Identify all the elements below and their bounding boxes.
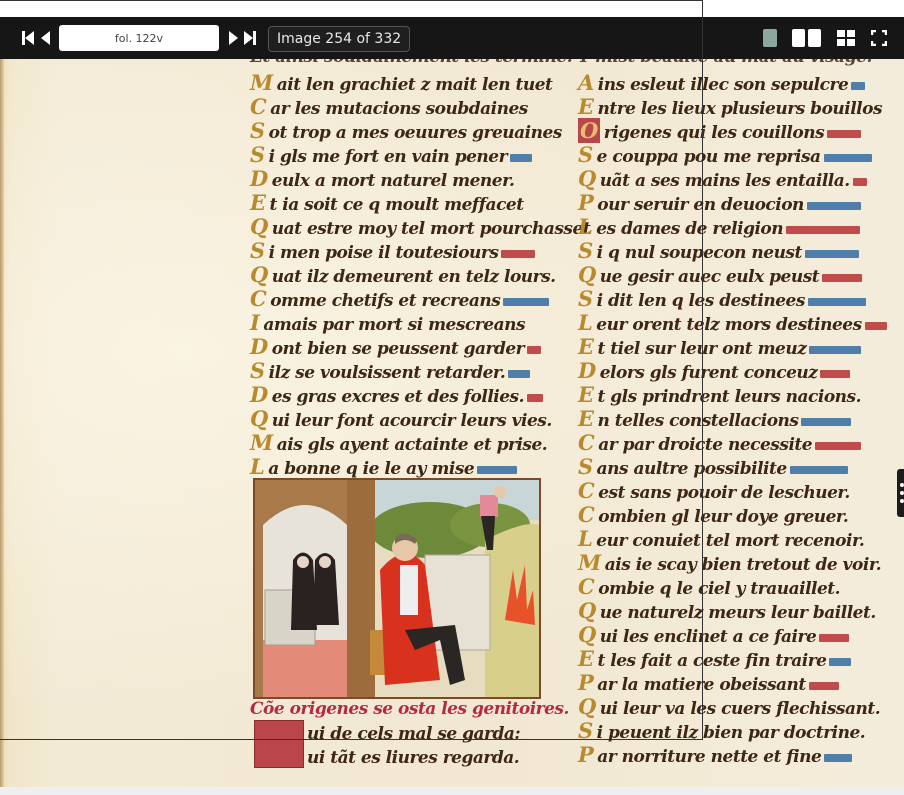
text-line: Dont bien se peussent garder: [250, 334, 541, 358]
line-filler: [510, 154, 532, 162]
text-line: Deulx a mort naturel mener.: [250, 166, 514, 190]
text-line: Sans aultre possibilite: [578, 454, 848, 478]
text-line: Mais ie scay bien tretout de voir.: [578, 550, 881, 574]
first-image-button[interactable]: [20, 17, 36, 59]
text-line: Car par droicte necessite: [578, 430, 861, 454]
text-line: Qui leur va les cuers flechissant.: [578, 694, 880, 718]
text-line: Si peuent ilz bien par doctrine.: [578, 718, 865, 742]
line-filler: [851, 82, 865, 90]
text-line: Les dames de religion: [578, 214, 860, 238]
chevron-left-icon: [41, 31, 50, 45]
text-line: Leur orent telz mors destinees: [578, 310, 887, 334]
text-line: Mais gls ayent actainte et prise.: [250, 430, 547, 454]
line-filler: [805, 250, 859, 258]
skip-first-icon: [22, 31, 34, 45]
line-filler: [501, 250, 535, 258]
text-line: Quat estre moy tel mort pourchasset: [250, 214, 590, 238]
handle-dot-icon: [900, 483, 904, 487]
last-image-button[interactable]: [242, 17, 258, 59]
text-line: Origenes qui les couillons: [578, 118, 861, 142]
two-page-view-button[interactable]: [790, 17, 824, 59]
line-filler: [808, 298, 866, 306]
line-filler: [527, 394, 543, 402]
text-line: Quãt a ses mains les entailla.: [578, 166, 867, 190]
text-line: Mait len grachiet z mait len tuet: [250, 70, 552, 94]
line-filler: [807, 202, 861, 210]
text-line: Qui les enclinet a ce faire: [578, 622, 849, 646]
footer-strip: [0, 787, 904, 795]
text-line: Si dit len q les destinees: [578, 286, 866, 310]
text-line: Et ia soit ce q moult meffacet: [250, 190, 524, 214]
single-page-icon: [763, 29, 777, 47]
text-line: Combien gl leur doye greuer.: [578, 502, 848, 526]
line-filler: [815, 442, 861, 450]
line-filler: [790, 466, 848, 474]
text-line: Des gras excres et des follies.: [250, 382, 543, 406]
illuminated-initial: [254, 720, 304, 768]
text-line: Combie q le ciel y trauaillet.: [578, 574, 840, 598]
line-filler: [477, 466, 517, 474]
line-filler: [822, 274, 862, 282]
text-line: Que naturelz meurs leur baillet.: [578, 598, 876, 622]
skip-last-icon: [244, 31, 256, 45]
text-line: Silz se voulsissent retarder.: [250, 358, 530, 382]
text-line: La bonne q ie le ay mise: [250, 454, 517, 478]
folio-input[interactable]: [59, 25, 219, 51]
fullscreen-button[interactable]: [869, 17, 889, 59]
line-filler: [508, 370, 530, 378]
line-filler: [853, 178, 867, 186]
line-filler: [824, 154, 872, 162]
line-filler: [819, 634, 849, 642]
text-line: En telles constellacions: [578, 406, 851, 430]
miniature-illustration: [253, 478, 541, 699]
line-filler: [820, 370, 850, 378]
viewer-toolbar: Image 254 of 332: [0, 17, 904, 59]
gallery-view-button[interactable]: [836, 17, 856, 59]
text-line: ui tãt es liures regarda.: [307, 748, 519, 772]
page-edge: [0, 59, 4, 787]
fullscreen-icon: [871, 30, 887, 46]
line-filler: [865, 322, 887, 330]
text-line: Et gls prindrent leurs nacions.: [578, 382, 861, 406]
text-line: Par la matiere obeissant: [578, 670, 839, 694]
top-strip: [0, 0, 904, 17]
line-filler: [829, 658, 851, 666]
text-line: Qui leur font acourcir leurs vies.: [250, 406, 552, 430]
handle-dot-icon: [900, 491, 904, 495]
text-line: Si men poise il toutesiours: [250, 238, 535, 262]
text-line: Leur conuiet tel mort recenoir.: [578, 526, 864, 550]
line-filler: [809, 682, 839, 690]
line-filler: [503, 298, 549, 306]
text-line: Que gesir auec eulx peust: [578, 262, 862, 286]
previous-image-button[interactable]: [38, 17, 52, 59]
text-line: Par norriture nette et fine: [578, 742, 852, 766]
text-line: Entre les lieux plusieurs bouillos: [578, 94, 882, 118]
text-line: Si q nul soupecon neust: [578, 238, 859, 262]
manuscript-page: Et ainsi souldainement les termine. Mait…: [0, 59, 904, 787]
text-line: Et tiel sur leur ont meuz: [578, 334, 861, 358]
text-line: Pour seruir en deuocion: [578, 190, 861, 214]
text-line: Ains esleut illec son sepulcre: [578, 70, 865, 94]
text-line: Car les mutacions soubdaines: [250, 94, 528, 118]
line-filler: [801, 418, 851, 426]
manuscript-image-viewer[interactable]: Et ainsi souldainement les termine. Mait…: [0, 59, 904, 787]
next-image-button[interactable]: [226, 17, 240, 59]
text-line: Sot trop a mes oeuures greuaines: [250, 118, 562, 142]
miniature-painting: [255, 480, 539, 697]
text-line: Quat ilz demeurent en telz lours.: [250, 262, 556, 286]
handle-dot-icon: [900, 499, 904, 503]
text-line: Iamais par mort si mescreans: [250, 310, 525, 334]
text-line: Delors gls furent conceuz: [578, 358, 850, 382]
two-page-icon: [792, 29, 822, 47]
single-page-view-button[interactable]: [760, 17, 780, 59]
line-filler: [827, 130, 861, 138]
line-filler: [786, 226, 860, 234]
text-line: Si gls me fort en vain pener: [250, 142, 532, 166]
side-panel-handle[interactable]: [897, 469, 904, 517]
grid-icon: [837, 30, 855, 46]
text-line: ui de cels mal se garda:: [307, 724, 520, 748]
line-filler: [809, 346, 861, 354]
line-filler: [527, 346, 541, 354]
text-line: Se couppa pou me reprisa: [578, 142, 872, 166]
line-filler: [824, 754, 852, 762]
text-line: Comme chetifs et recreans: [250, 286, 549, 310]
text-line: Et les fait a ceste fin traire: [578, 646, 851, 670]
chevron-right-icon: [229, 31, 238, 45]
text-line: Cest sans pouoir de leschuer.: [578, 478, 850, 502]
image-count-badge: Image 254 of 332: [268, 26, 410, 52]
